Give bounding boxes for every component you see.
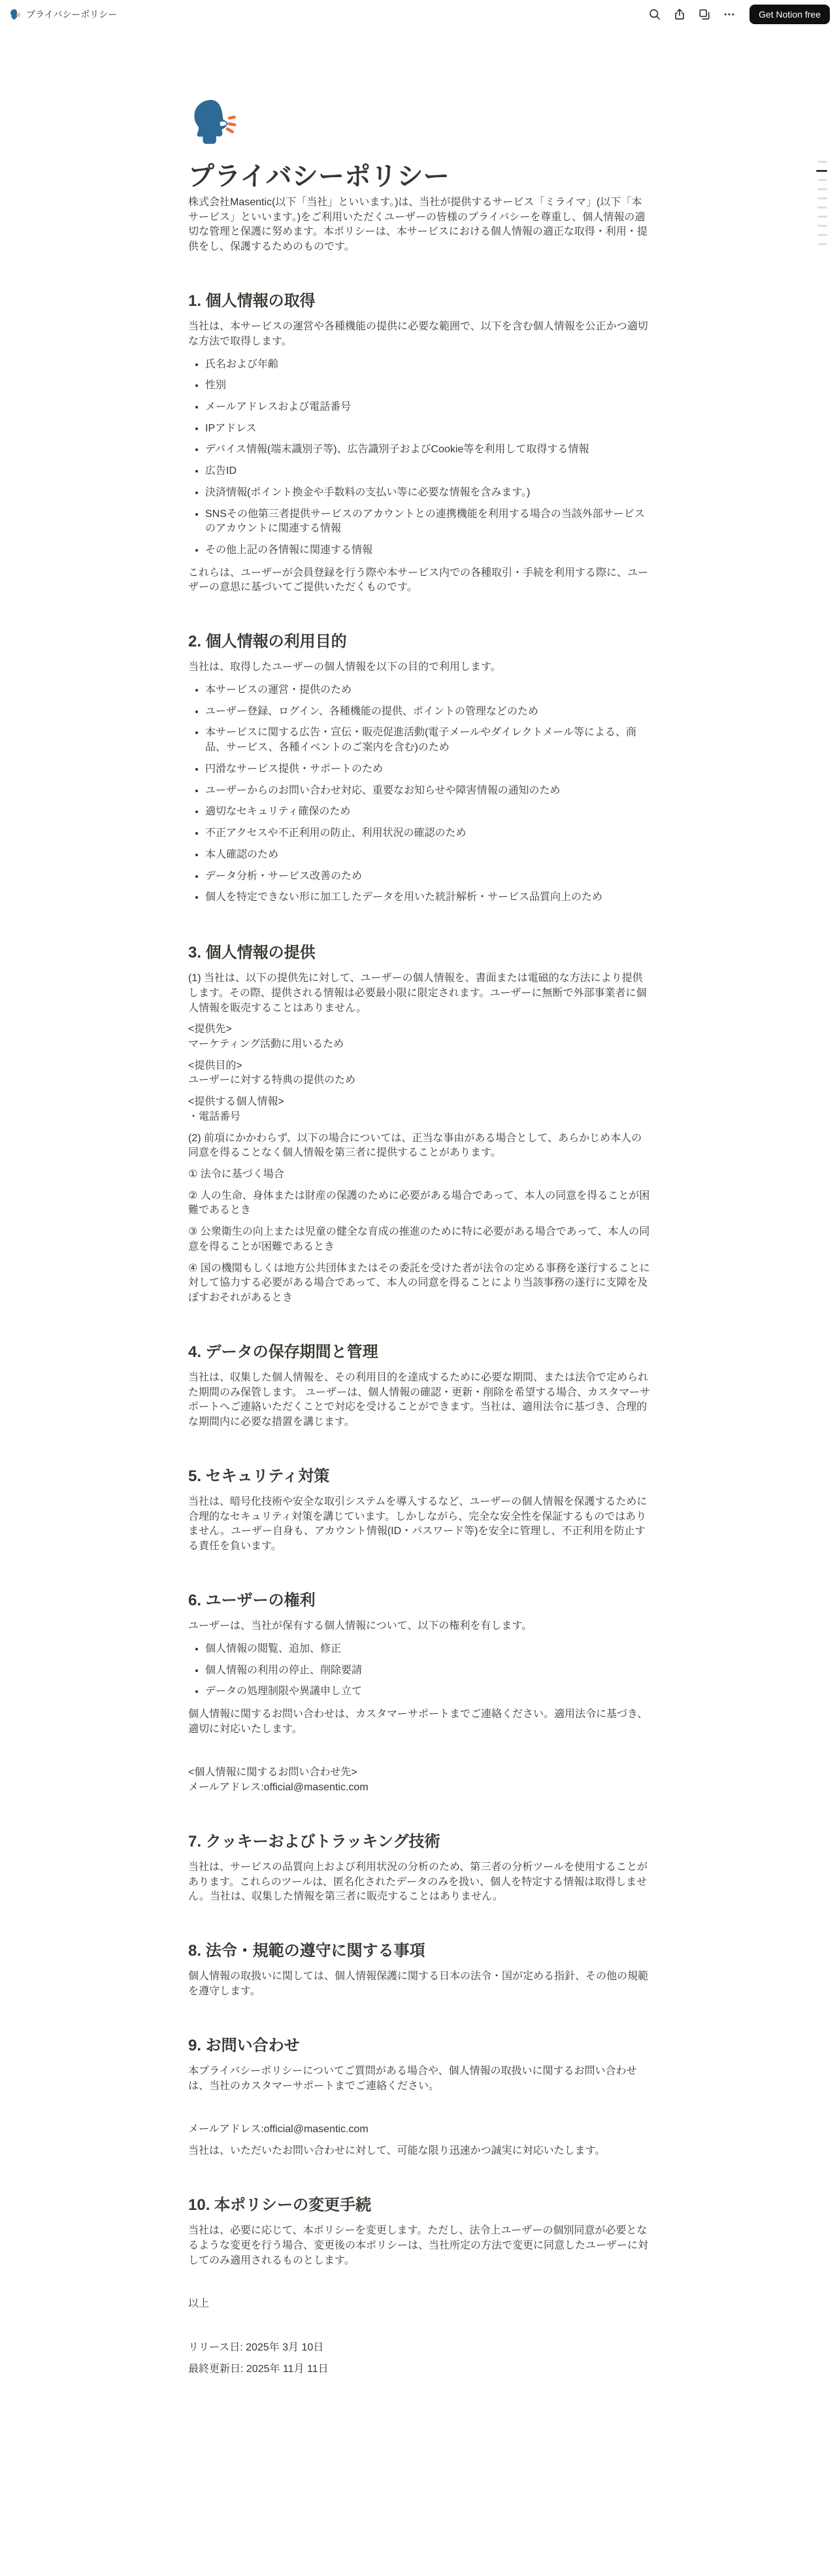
policy-section: 2. 個人情報の利用目的当社は、取得したユーザーの個人情報を以下の目的で利用しま…: [188, 629, 651, 910]
paragraph: (2) 前項にかかわらず、以下の場合については、正当な事由がある場合として、あら…: [188, 1128, 651, 1164]
list-item: 個人情報の利用の停止、削除要請: [205, 1660, 651, 1682]
get-notion-free-button[interactable]: Get Notion free: [749, 5, 830, 24]
paragraph: 当社は、いただいたお問い合わせに対して、可能な限り迅速かつ誠実に対応いたします。: [188, 2141, 651, 2162]
list-item: ユーザー登録、ログイン、各種機能の提供、ポイントの管理などのため: [205, 701, 651, 723]
toc-bar[interactable]: [817, 179, 827, 181]
paragraph: 当社は、サービスの品質向上および利用状況の分析のため、第三者の分析ツールを使用す…: [188, 1857, 651, 1908]
more-icon: [723, 8, 736, 21]
list-item: 適切なセキュリティ確保のため: [205, 801, 651, 823]
intro-paragraph: 株式会社Masentic(以下「当社」といいます。)は、当社が提供するサービス「…: [188, 192, 651, 258]
share-icon: [673, 8, 686, 21]
speaking-head-icon: [9, 8, 21, 20]
paragraph: 当社は、暗号化技術や安全な取引システムを導入するなど、ユーザーの個人情報を保護す…: [188, 1492, 651, 1558]
policy-section: 9. お問い合わせ本プライバシーポリシーについてご質問がある場合や、個人情報の取…: [188, 2033, 651, 2162]
paragraph: ② 人の生命、身体または財産の保護のために必要がある場合であって、本人の同意を得…: [188, 1186, 651, 1222]
paragraph: 個人情報に関するお問い合わせは、カスタマーサポートまでご連絡ください。適用法令に…: [188, 1704, 651, 1740]
list-item: IPアドレス: [205, 418, 651, 440]
list-item: ユーザーからのお問い合わせ対応、重要なお知らせや障害情報の通知のため: [205, 780, 651, 802]
empty-block: [188, 2271, 651, 2294]
list-item: 決済情報(ポイント換金や手数料の支払い等に必要な情報を含みます。): [205, 482, 651, 504]
paragraph: ③ 公衆衛生の向上または児童の健全な育成の推進のために特に必要がある場合であって…: [188, 1222, 651, 1258]
duplicate-icon: [698, 8, 711, 21]
list-item: 個人情報の閲覧、追加、修正: [205, 1639, 651, 1660]
list-item: SNSその他第三者提供サービスのアカウントとの連携機能を利用する場合の当該外部サ…: [205, 504, 651, 540]
empty-block: [188, 2097, 651, 2119]
paragraph: (1) 当社は、以下の提供先に対して、ユーザーの個人情報を、書面または電磁的な方…: [188, 968, 651, 1019]
search-icon: [648, 8, 661, 21]
policy-section: 8. 法令・規範の遵守に関する事項個人情報の取扱いに関しては、個人情報保護に関す…: [188, 1938, 651, 2003]
navbar-page-title: プライバシーポリシー: [26, 8, 117, 21]
list-item: 本人確認のため: [205, 845, 651, 866]
paragraph: ユーザーは、当社が保有する個人情報について、以下の権利を有します。: [188, 1616, 651, 1637]
paragraph: 当社は、収集した個人情報を、その利用目的を達成するために必要な期間、または法令で…: [188, 1367, 651, 1433]
paragraph: 以上: [188, 2294, 651, 2315]
bullet-list: 本サービスの運営・提供のためユーザー登録、ログイン、各種機能の提供、ポイントの管…: [188, 678, 651, 910]
list-item: その他上記の各情報に関連する情報: [205, 540, 651, 561]
section-heading: 6. ユーザーの権利: [188, 1588, 651, 1616]
policy-sections: 1. 個人情報の取得当社は、本サービスの運営や各種機能の提供に必要な範囲で、以下…: [188, 288, 651, 2381]
section-heading: 5. セキュリティ対策: [188, 1464, 651, 1492]
paragraph: 本プライバシーポリシーについてご質問がある場合や、個人情報の取扱いに関するお問い…: [188, 2061, 651, 2097]
breadcrumb: プライバシーポリシー: [9, 8, 117, 21]
section-heading: 4. データの保存期間と管理: [188, 1339, 651, 1367]
list-item: 性別: [205, 375, 651, 397]
paragraph: 最終更新日: 2025年 11月 11日: [188, 2359, 651, 2381]
list-item: メールアドレスおよび電話番号: [205, 397, 651, 418]
toc-bar[interactable]: [816, 170, 827, 172]
section-heading: 8. 法令・規範の遵守に関する事項: [188, 1938, 651, 1966]
paragraph: これらは、ユーザーが会員登録を行う際や本サービス内での各種取引・手続を利用する際…: [188, 563, 651, 599]
paragraph: 当社は、必要に応じて、本ポリシーを変更します。ただし、法令上ユーザーの個別同意が…: [188, 2220, 651, 2271]
paragraph: 個人情報の取扱いに関しては、個人情報保護に関する日本の法令・国が定める指針、その…: [188, 1966, 651, 2002]
paragraph: 当社は、本サービスの運営や各種機能の提供に必要な範囲で、以下を含む個人情報を公正…: [188, 316, 651, 352]
toc-bar[interactable]: [817, 243, 827, 245]
top-navbar: プライバシーポリシー Get Notion free: [0, 0, 839, 29]
toc-bar[interactable]: [817, 188, 827, 190]
share-button[interactable]: [668, 3, 691, 25]
list-item: データ分析・サービス改善のため: [205, 866, 651, 888]
policy-section: 7. クッキーおよびトラッキング技術当社は、サービスの品質向上および利用状況の分…: [188, 1829, 651, 1908]
section-heading: 1. 個人情報の取得: [188, 288, 651, 316]
section-heading: 3. 個人情報の提供: [188, 940, 651, 968]
list-item: 本サービスの運営・提供のため: [205, 680, 651, 701]
paragraph: リリース日: 2025年 3月 10日: [188, 2337, 651, 2359]
list-item: デバイス情報(端末識別子等)、広告識別子およびCookie等を利用して取得する情…: [205, 439, 651, 461]
list-item: 円滑なサービス提供・サポートのため: [205, 759, 651, 780]
policy-section: 5. セキュリティ対策当社は、暗号化技術や安全な取引システムを導入するなど、ユー…: [188, 1464, 651, 1558]
bullet-list: 個人情報の閲覧、追加、修正個人情報の利用の停止、削除要請データの処理制限や異議申…: [188, 1637, 651, 1704]
paragraph: ① 法令に基づく場合: [188, 1164, 651, 1186]
bullet-list: 氏名および年齢性別メールアドレスおよび電話番号IPアドレスデバイス情報(端末識別…: [188, 353, 651, 563]
section-heading: 7. クッキーおよびトラッキング技術: [188, 1829, 651, 1857]
paragraph: <個人情報に関するお問い合わせ先> メールアドレス:official@masen…: [188, 1762, 651, 1798]
paragraph: <提供する個人情報> ・電話番号: [188, 1092, 651, 1128]
paragraph: <提供目的> ユーザーに対する特典の提供のため: [188, 1056, 651, 1092]
policy-section: 6. ユーザーの権利ユーザーは、当社が保有する個人情報について、以下の権利を有し…: [188, 1588, 651, 1799]
page-content: プライバシーポリシー 株式会社Masentic(以下「当社」といいます。)は、当…: [188, 29, 651, 2576]
empty-block: [188, 1740, 651, 1762]
empty-block: [188, 2315, 651, 2337]
section-heading: 2. 個人情報の利用目的: [188, 629, 651, 657]
paragraph: メールアドレス:official@masentic.com: [188, 2119, 651, 2141]
toc-bar[interactable]: [817, 207, 827, 209]
paragraph: 当社は、取得したユーザーの個人情報を以下の目的で利用します。: [188, 657, 651, 678]
paragraph: <提供先> マーケティング活動に用いるため: [188, 1019, 651, 1055]
paragraph: ④ 国の機関もしくは地方公共団体またはその委託を受けた者が法令の定める事務を遂行…: [188, 1258, 651, 1309]
more-button[interactable]: [718, 3, 740, 25]
table-of-contents-indicator: [816, 161, 827, 245]
policy-section: 3. 個人情報の提供(1) 当社は、以下の提供先に対して、ユーザーの個人情報を、…: [188, 940, 651, 1309]
page-title: プライバシーポリシー: [188, 161, 651, 192]
speaking-head-icon: [188, 97, 239, 148]
policy-section: 1. 個人情報の取得当社は、本サービスの運営や各種機能の提供に必要な範囲で、以下…: [188, 288, 651, 599]
navbar-actions: Get Notion free: [644, 3, 830, 25]
list-item: 個人を特定できない形に加工したデータを用いた統計解析・サービス品質向上のため: [205, 887, 651, 909]
toc-bar[interactable]: [817, 234, 827, 236]
section-heading: 10. 本ポリシーの変更手続: [188, 2192, 651, 2220]
policy-section: 10. 本ポリシーの変更手続当社は、必要に応じて、本ポリシーを変更します。ただし…: [188, 2192, 651, 2381]
policy-section: 4. データの保存期間と管理当社は、収集した個人情報を、その利用目的を達成するた…: [188, 1339, 651, 1433]
duplicate-button[interactable]: [693, 3, 716, 25]
list-item: 本サービスに関する広告・宣伝・販売促進活動(電子メールやダイレクトメール等による…: [205, 722, 651, 758]
list-item: 広告ID: [205, 461, 651, 482]
list-item: 氏名および年齢: [205, 354, 651, 376]
toc-bar[interactable]: [817, 225, 827, 227]
toc-bar[interactable]: [817, 161, 827, 163]
search-button[interactable]: [644, 3, 666, 25]
list-item: データの処理制限や異議申し立て: [205, 1681, 651, 1703]
list-item: 不正アクセスや不正利用の防止、利用状況の確認のため: [205, 823, 651, 845]
section-heading: 9. お問い合わせ: [188, 2033, 651, 2061]
toc-bar[interactable]: [817, 197, 827, 199]
toc-bar[interactable]: [817, 216, 827, 218]
